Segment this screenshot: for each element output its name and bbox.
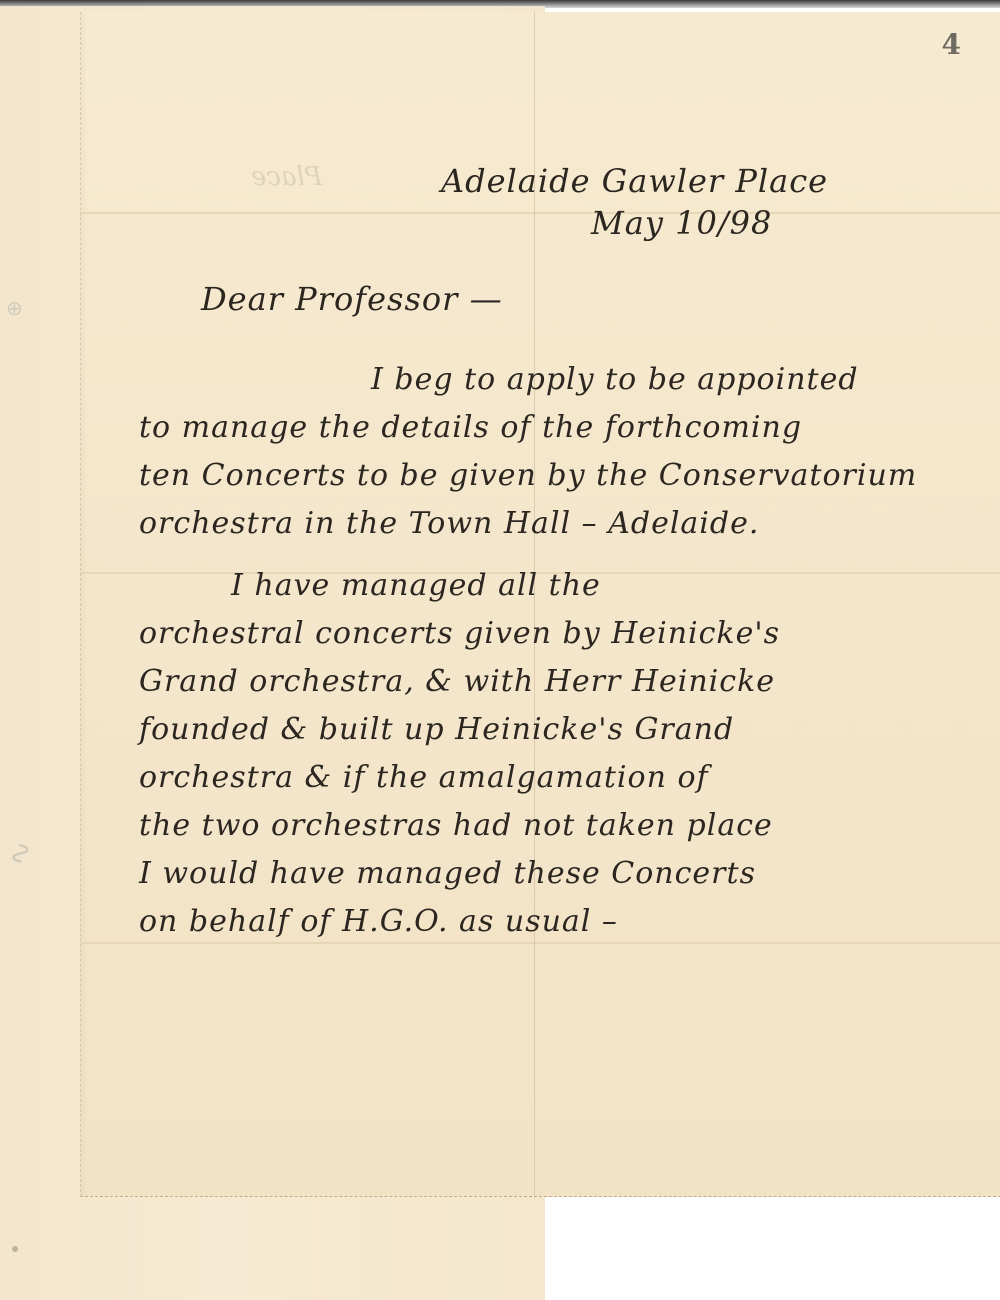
fold-line (81, 942, 1000, 944)
paragraph-2-line-8: on behalf of H.G.O. as usual – (139, 904, 618, 939)
salutation: Dear Professor — (201, 280, 503, 318)
page-number: 4 (942, 28, 961, 61)
paragraph-1-line-4: orchestra in the Town Hall – Adelaide. (139, 506, 759, 541)
paragraph-2-line-7: I would have managed these Concerts (139, 856, 756, 891)
paragraph-2-line-2: orchestral concerts given by Heinicke's (139, 616, 780, 651)
paragraph-2-line-3: Grand orchestra, & with Herr Heinicke (139, 664, 775, 699)
paragraph-2-line-5: orchestra & if the amalgamation of (139, 760, 709, 795)
paragraph-2-line-4: founded & built up Heinicke's Grand (139, 712, 734, 747)
letter-date: May 10/98 (591, 204, 772, 242)
letter-sheet: Place 4 Adelaide Gawler Place May 10/98 … (80, 12, 1000, 1197)
back-sheet-bleed-mark: ⊕ (6, 296, 23, 320)
paper-spot (12, 1246, 18, 1252)
letter-place: Adelaide Gawler Place (441, 162, 828, 200)
bleed-through-text: Place (251, 162, 322, 192)
paragraph-2-line-1: I have managed all the (231, 568, 601, 603)
paragraph-1-line-3: ten Concerts to be given by the Conserva… (139, 458, 917, 493)
paragraph-1-line-1: I beg to apply to be appointed (371, 362, 859, 397)
back-sheet-faint-annotation: ∿ (3, 841, 38, 866)
paragraph-1-line-2: to manage the details of the forthcoming (139, 410, 802, 445)
paragraph-2-line-6: the two orchestras had not taken place (139, 808, 773, 843)
fold-line (81, 212, 1000, 214)
